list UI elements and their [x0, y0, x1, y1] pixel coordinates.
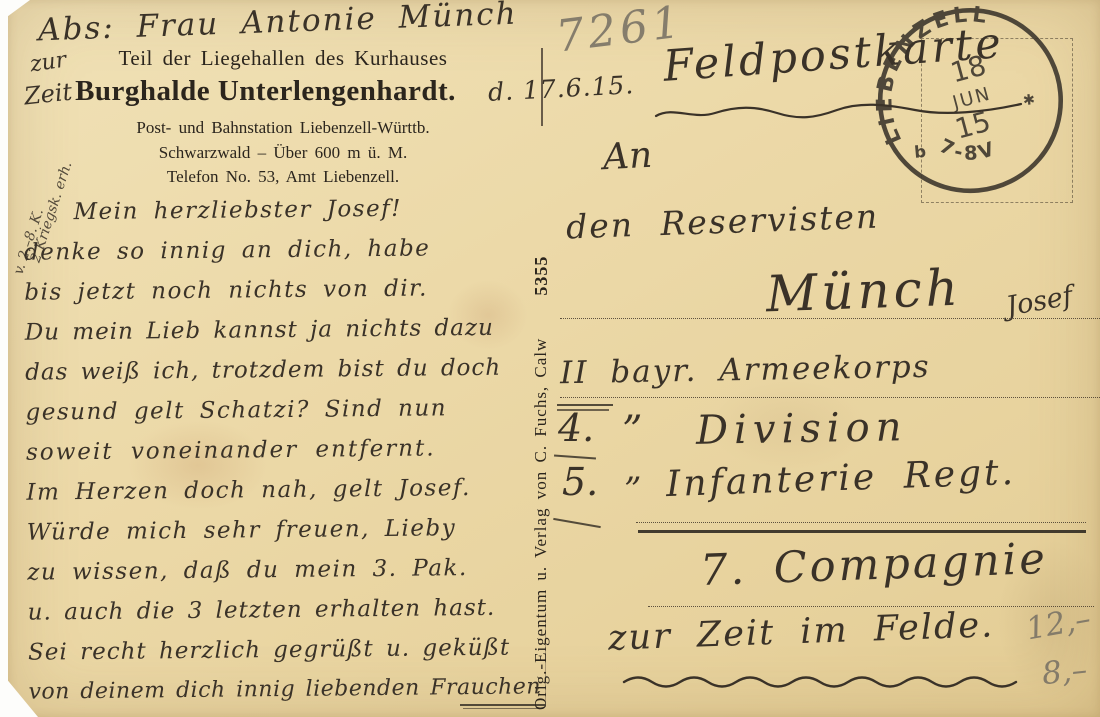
- message-line: denke so innig an dich, habe: [24, 227, 539, 272]
- message-line: Würde mich sehr freuen, Lieby: [27, 507, 542, 552]
- ditto-mark: ”: [624, 470, 641, 510]
- publisher-imprint: Orig.-Eigentum u. Verlag von C. Fuchs, C…: [531, 338, 551, 710]
- address-rule: [560, 397, 1100, 398]
- address-solid-rule: [638, 530, 1086, 533]
- message-line: Sei recht herzlich gegrüßt u. geküßt: [28, 627, 543, 672]
- dealer-price-bottom: 8,–: [1040, 652, 1089, 693]
- divider-line-top: [541, 48, 543, 126]
- message-line: zu wissen, daß du mein 3. Pak.: [27, 547, 542, 592]
- postcard: Teil der Liegehallen des Kurhauses Burgh…: [8, 0, 1100, 717]
- message-line: Du mein Lieb kannst ja nichts dazu: [25, 307, 540, 352]
- header-altitude-line: Schwarzwald – Über 600 m ü. M.: [63, 143, 503, 163]
- address-rule: [648, 606, 1094, 607]
- message-line: u. auch die 3 letzten erhalten hast.: [27, 587, 542, 632]
- message-block: Mein herzliebster Josef! denke so innig …: [23, 187, 543, 712]
- message-line: Mein herzliebster Josef!: [23, 187, 538, 232]
- publisher-imprint-block: Orig.-Eigentum u. Verlag von C. Fuchs, C…: [530, 140, 552, 710]
- sender-margin-zeit: Zeit: [23, 78, 74, 111]
- dealer-price-top: 12,–: [1023, 601, 1093, 648]
- message-line: gesund gelt Schatzi? Sind nun: [25, 387, 540, 432]
- address-salutation: An: [602, 135, 653, 179]
- division-number-underline: [554, 455, 596, 460]
- regiment-label: Infanterie Regt.: [665, 452, 1016, 505]
- address-corps-line: II bayr. Armeekorps: [560, 349, 931, 391]
- date-note: d. 17.6.15.: [487, 70, 635, 107]
- corner-cut-bottom-left: [0, 671, 38, 717]
- header-title: Burghalde Unterlengenhardt.: [23, 75, 508, 108]
- regiment-number-underline: [553, 518, 601, 528]
- division-number: 4.: [558, 406, 594, 450]
- company-line: 7. Compagnie: [699, 534, 1048, 596]
- header-phone-line: Telefon No. 53, Amt Liebenzell.: [63, 167, 503, 187]
- corner-cut-top-left: [0, 0, 30, 22]
- message-line: das weiß ich, trotzdem bist du doch: [25, 347, 540, 392]
- sender-line: Abs: Frau Antonie Münch: [38, 0, 519, 48]
- publisher-number: 5355: [531, 256, 552, 296]
- header-subtitle: Teil der Liegehallen des Kurhauses: [63, 46, 503, 71]
- address-rule: [636, 522, 1086, 523]
- location-line: zur Zeit im Felde.: [607, 605, 994, 658]
- address-surname: Münch: [765, 259, 963, 324]
- address-rank-line: den Reservisten: [565, 197, 879, 247]
- postmark-index-letter: b: [913, 142, 926, 162]
- sender-margin-zur: zur: [28, 48, 67, 78]
- division-label: Division: [696, 404, 908, 454]
- message-line: Im Herzen doch nah, gelt Josef.: [26, 467, 541, 512]
- regiment-number: 5.: [562, 460, 598, 504]
- message-line: bis jetzt noch nichts von dir.: [24, 267, 539, 312]
- feldpost-underline-flourish: [653, 96, 1025, 126]
- location-underline-flourish: [620, 666, 1050, 692]
- ditto-mark: ”: [622, 408, 642, 454]
- address-given-name: Josef: [1004, 280, 1075, 322]
- message-line: soweit voneinander entfernt.: [26, 427, 541, 472]
- header-station-line: Post- und Bahnstation Liebenzell-Württb.: [63, 118, 503, 138]
